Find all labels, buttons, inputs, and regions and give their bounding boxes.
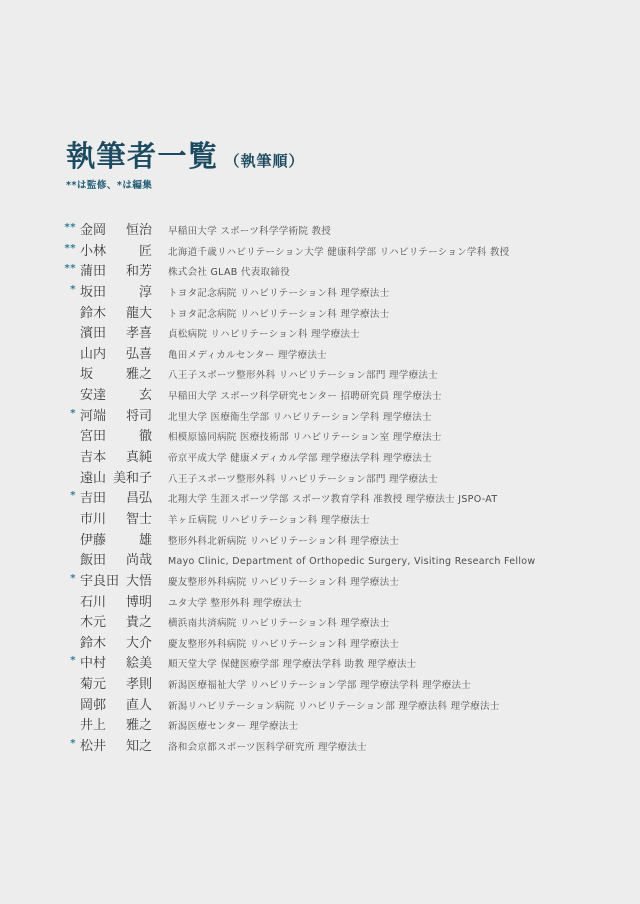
author-given-name: 龍大 [126,304,152,325]
author-affiliation: 整形外科北新病院 リハビリテーション科 理学療法士 [168,533,399,547]
author-given-name: 雅之 [126,365,152,386]
author-given-name: 将司 [126,407,152,428]
author-mark: ** [0,242,80,255]
author-given-name: 直人 [126,696,152,717]
author-family-name: 小林 [80,242,106,263]
author-family-name: 中村 [80,654,106,675]
author-affiliation: トヨタ記念病院 リハビリテーション科 理学療法士 [168,306,389,320]
author-given-name: 大介 [126,634,152,655]
author-row: * 中村 絵美 順天堂大学 保健医療学部 理学療法学科 助教 理学療法士 [0,654,640,675]
author-given-name: 大悟 [126,572,152,593]
author-affiliation: 貞松病院 リハビリテーション科 理学療法士 [168,326,360,340]
author-affiliation: 洛和会京都スポーツ医科学研究所 理学療法士 [168,739,367,753]
author-family-name: 松井 [80,737,106,758]
author-affiliation: 株式会社 GLAB 代表取締役 [168,264,290,278]
author-name: 飯田 尚哉 [80,551,152,572]
author-affiliation: ユタ大学 整形外科 理学療法士 [168,595,302,609]
author-row: * 坂田 淳 トヨタ記念病院 リハビリテーション科 理学療法士 [0,283,640,304]
author-name: 坂 雅之 [80,365,152,386]
author-family-name: 宇良田 [80,572,119,593]
author-given-name: 雄 [139,531,152,552]
author-affiliation: 帝京平成大学 健康メディカル学部 理学療法学科 理学療法士 [168,450,432,464]
author-row: 伊藤 雄 整形外科北新病院 リハビリテーション科 理学療法士 [0,531,640,552]
author-family-name: 山内 [80,345,106,366]
author-affiliation: 羊ヶ丘病院 リハビリテーション科 理学療法士 [168,512,370,526]
author-row: 鈴木 大介 慶友整形外科病院 リハビリテーション科 理学療法士 [0,634,640,655]
author-name: 蒲田 和芳 [80,262,152,283]
author-affiliation: 早稲田大学 スポーツ科学研究センター 招聘研究員 理学療法士 [168,388,442,402]
author-name: 鈴木 龍大 [80,304,152,325]
author-family-name: 岡邨 [80,696,106,717]
author-family-name: 鈴木 [80,304,106,325]
author-row: 吉本 真純 帝京平成大学 健康メディカル学部 理学療法学科 理学療法士 [0,448,640,469]
author-family-name: 伊藤 [80,531,106,552]
author-given-name: 雅之 [126,716,152,737]
author-family-name: 安達 [80,386,106,407]
author-family-name: 濱田 [80,324,106,345]
author-row: * 河端 将司 北里大学 医療衛生学部 リハビリテーション学科 理学療法士 [0,407,640,428]
author-given-name: 和芳 [126,262,152,283]
author-given-name: 徹 [139,427,152,448]
author-affiliation: 順天堂大学 保健医療学部 理学療法学科 助教 理学療法士 [168,656,416,670]
author-family-name: 吉本 [80,448,106,469]
page-header: 執筆者一覧 （執筆順） **は監修、*は編集 [66,139,305,191]
author-mark: * [0,283,80,296]
author-family-name: 市川 [80,510,106,531]
author-given-name: 弘喜 [126,345,152,366]
author-name: 吉田 昌弘 [80,489,152,510]
author-given-name: 智士 [126,510,152,531]
author-family-name: 吉田 [80,489,106,510]
author-name: 安達 玄 [80,386,152,407]
author-name: 坂田 淳 [80,283,152,304]
author-family-name: 飯田 [80,551,106,572]
author-affiliation: 新潟リハビリテーション病院 リハビリテーション部 理学療法科 理学療法士 [168,698,500,712]
author-family-name: 石川 [80,593,106,614]
author-given-name: 博明 [126,593,152,614]
author-name: 宇良田 大悟 [80,572,152,593]
author-affiliation: 八王子スポーツ整形外科 リハビリテーション部門 理学療法士 [168,471,438,485]
author-mark: * [0,489,80,502]
author-mark: ** [0,221,80,234]
author-row: ** 小林 匠 北海道千歳リハビリテーション大学 健康科学部 リハビリテーション… [0,242,640,263]
author-row: 岡邨 直人 新潟リハビリテーション病院 リハビリテーション部 理学療法科 理学療… [0,696,640,717]
author-name: 石川 博明 [80,593,152,614]
author-row: 市川 智士 羊ヶ丘病院 リハビリテーション科 理学療法士 [0,510,640,531]
author-name: 小林 匠 [80,242,152,263]
author-row: * 松井 知之 洛和会京都スポーツ医科学研究所 理学療法士 [0,737,640,758]
author-name: 岡邨 直人 [80,696,152,717]
page-title: 執筆者一覧 [66,139,219,173]
author-affiliation: 八王子スポーツ整形外科 リハビリテーション部門 理学療法士 [168,367,438,381]
author-name: 金岡 恒治 [80,221,152,242]
author-family-name: 河端 [80,407,106,428]
author-name: 伊藤 雄 [80,531,152,552]
author-affiliation: 相模原協同病院 医療技術部 リハビリテーション室 理学療法士 [168,429,442,443]
author-given-name: 孝則 [126,675,152,696]
author-affiliation: 慶友整形外科病院 リハビリテーション科 理学療法士 [168,636,399,650]
author-row: ** 蒲田 和芳 株式会社 GLAB 代表取締役 [0,262,640,283]
title-order-note: （執筆順） [225,150,305,171]
author-row: 遠山 美和子 八王子スポーツ整形外科 リハビリテーション部門 理学療法士 [0,469,640,490]
author-mark: * [0,737,80,750]
author-name: 松井 知之 [80,737,152,758]
author-family-name: 菊元 [80,675,106,696]
author-row: 坂 雅之 八王子スポーツ整形外科 リハビリテーション部門 理学療法士 [0,365,640,386]
author-affiliation: 新潟医療福祉大学 リハビリテーション学部 理学療法学科 理学療法士 [168,677,471,691]
author-affiliation: 北翔大学 生涯スポーツ学部 スポーツ教育学科 准教授 理学療法士 JSPO-AT [168,491,497,505]
author-name: 市川 智士 [80,510,152,531]
author-given-name: 真純 [126,448,152,469]
author-mark: ** [0,262,80,275]
author-name: 木元 貴之 [80,613,152,634]
author-row: 木元 貴之 横浜南共済病院 リハビリテーション科 理学療法士 [0,613,640,634]
author-row: 石川 博明 ユタ大学 整形外科 理学療法士 [0,593,640,614]
author-family-name: 坂 [80,365,93,386]
author-given-name: 匠 [139,242,152,263]
author-given-name: 玄 [139,386,152,407]
asterisk-legend: **は監修、*は編集 [66,177,305,191]
author-affiliation: 早稲田大学 スポーツ科学学術院 教授 [168,223,331,237]
author-row: 飯田 尚哉 Mayo Clinic, Department of Orthope… [0,551,640,572]
author-name: 山内 弘喜 [80,345,152,366]
author-row: 井上 雅之 新潟医療センター 理学療法士 [0,716,640,737]
author-given-name: 孝喜 [126,324,152,345]
author-name: 吉本 真純 [80,448,152,469]
author-affiliation: 横浜南共済病院 リハビリテーション科 理学療法士 [168,615,389,629]
author-given-name: 貴之 [126,613,152,634]
author-affiliation: 北海道千歳リハビリテーション大学 健康科学部 リハビリテーション学科 教授 [168,244,509,258]
author-row: 宮田 徹 相模原協同病院 医療技術部 リハビリテーション室 理学療法士 [0,427,640,448]
author-name: 中村 絵美 [80,654,152,675]
author-given-name: 美和子 [113,469,152,490]
author-name: 鈴木 大介 [80,634,152,655]
author-family-name: 金岡 [80,221,106,242]
author-family-name: 坂田 [80,283,106,304]
author-row: * 吉田 昌弘 北翔大学 生涯スポーツ学部 スポーツ教育学科 准教授 理学療法士… [0,489,640,510]
author-list: ** 金岡 恒治 早稲田大学 スポーツ科学学術院 教授 ** 小林 匠 北海道千… [0,221,640,758]
author-name: 宮田 徹 [80,427,152,448]
author-row: ** 金岡 恒治 早稲田大学 スポーツ科学学術院 教授 [0,221,640,242]
author-affiliation: 新潟医療センター 理学療法士 [168,718,298,732]
author-affiliation: トヨタ記念病院 リハビリテーション科 理学療法士 [168,285,389,299]
author-family-name: 宮田 [80,427,106,448]
author-mark: * [0,572,80,585]
author-family-name: 鈴木 [80,634,106,655]
author-family-name: 井上 [80,716,106,737]
author-name: 井上 雅之 [80,716,152,737]
author-row: 鈴木 龍大 トヨタ記念病院 リハビリテーション科 理学療法士 [0,304,640,325]
author-family-name: 遠山 [80,469,106,490]
author-row: 山内 弘喜 亀田メディカルセンター 理学療法士 [0,345,640,366]
author-row: * 宇良田 大悟 慶友整形外科病院 リハビリテーション科 理学療法士 [0,572,640,593]
scanned-document-page: 執筆者一覧 （執筆順） **は監修、*は編集 ** 金岡 恒治 早稲田大学 スポ… [0,0,640,904]
author-row: 濱田 孝喜 貞松病院 リハビリテーション科 理学療法士 [0,324,640,345]
author-affiliation: 亀田メディカルセンター 理学療法士 [168,347,327,361]
author-name: 遠山 美和子 [80,469,152,490]
author-given-name: 淳 [139,283,152,304]
author-given-name: 絵美 [126,654,152,675]
title-line: 執筆者一覧 （執筆順） [66,139,305,173]
author-affiliation: Mayo Clinic, Department of Orthopedic Su… [168,556,535,567]
author-family-name: 蒲田 [80,262,106,283]
author-given-name: 恒治 [126,221,152,242]
author-mark: * [0,407,80,420]
author-name: 濱田 孝喜 [80,324,152,345]
author-family-name: 木元 [80,613,106,634]
author-mark: * [0,654,80,667]
author-row: 菊元 孝則 新潟医療福祉大学 リハビリテーション学部 理学療法学科 理学療法士 [0,675,640,696]
author-affiliation: 慶友整形外科病院 リハビリテーション科 理学療法士 [168,574,399,588]
author-affiliation: 北里大学 医療衛生学部 リハビリテーション学科 理学療法士 [168,409,432,423]
author-name: 菊元 孝則 [80,675,152,696]
author-name: 河端 将司 [80,407,152,428]
author-given-name: 尚哉 [126,551,152,572]
author-given-name: 知之 [126,737,152,758]
author-row: 安達 玄 早稲田大学 スポーツ科学研究センター 招聘研究員 理学療法士 [0,386,640,407]
author-given-name: 昌弘 [126,489,152,510]
